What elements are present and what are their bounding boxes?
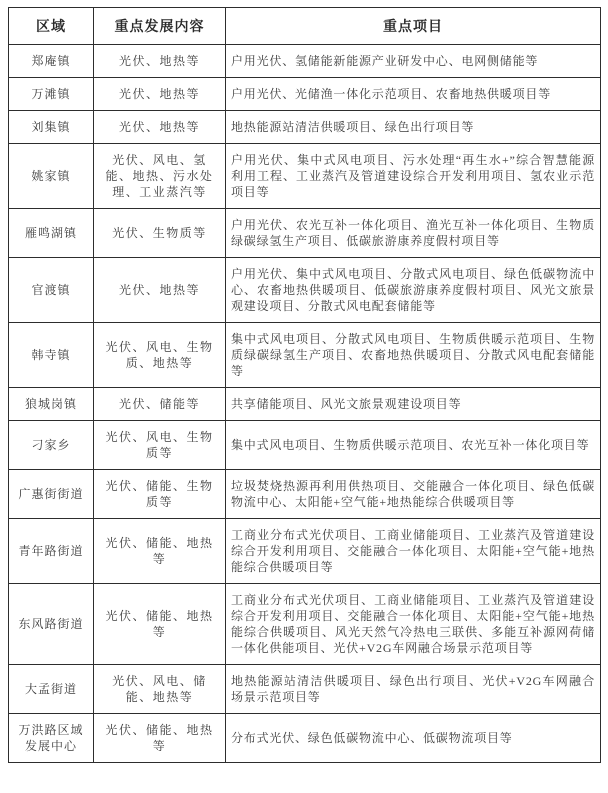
development-content-cell: 光伏、风电、储能、地热等 [94, 665, 226, 714]
key-projects-table: 区域 重点发展内容 重点项目 郑庵镇 光伏、地热等 户用光伏、氢储能新能源产业研… [8, 7, 601, 763]
table-row: 狼城岗镇 光伏、储能等 共享储能项目、风光文旅景观建设项目等 [9, 388, 601, 421]
table-row: 广惠街街道 光伏、储能、生物质等 垃圾焚烧热源再利用供热项目、交能融合一体化项目… [9, 470, 601, 519]
table-row: 大孟街道 光伏、风电、储能、地热等 地热能源站清洁供暖项目、绿色出行项目、光伏+… [9, 665, 601, 714]
table-row: 万洪路区域发展中心 光伏、储能、地热等 分布式光伏、绿色低碳物流中心、低碳物流项… [9, 714, 601, 763]
projects-cell: 户用光伏、农光互补一体化项目、渔光互补一体化项目、生物质绿碳绿氢生产项目、低碳旅… [226, 209, 601, 258]
table-body: 郑庵镇 光伏、地热等 户用光伏、氢储能新能源产业研发中心、电网侧储能等 万滩镇 … [9, 45, 601, 763]
development-content-cell: 光伏、风电、生物质、地热等 [94, 323, 226, 388]
header-key-projects: 重点项目 [226, 8, 601, 45]
development-content-cell: 光伏、地热等 [94, 78, 226, 111]
header-development-content: 重点发展内容 [94, 8, 226, 45]
projects-cell: 集中式风电项目、分散式风电项目、生物质供暖示范项目、生物质绿碳绿氢生产项目、农畜… [226, 323, 601, 388]
table-row: 东风路街道 光伏、储能、地热等 工商业分布式光伏项目、工商业储能项目、工业蒸汽及… [9, 584, 601, 665]
table-row: 万滩镇 光伏、地热等 户用光伏、光储渔一体化示范项目、农畜地热供暖项目等 [9, 78, 601, 111]
development-content-cell: 光伏、储能、地热等 [94, 584, 226, 665]
development-content-cell: 光伏、地热等 [94, 111, 226, 144]
projects-cell: 户用光伏、光储渔一体化示范项目、农畜地热供暖项目等 [226, 78, 601, 111]
projects-cell: 地热能源站清洁供暖项目、绿色出行项目等 [226, 111, 601, 144]
table-row: 雁鸣湖镇 光伏、生物质等 户用光伏、农光互补一体化项目、渔光互补一体化项目、生物… [9, 209, 601, 258]
projects-cell: 户用光伏、集中式风电项目、污水处理“再生水+”综合智慧能源利用工程、工业蒸汽及管… [226, 144, 601, 209]
region-cell: 万洪路区域发展中心 [9, 714, 94, 763]
development-content-cell: 光伏、生物质等 [94, 209, 226, 258]
region-cell: 狼城岗镇 [9, 388, 94, 421]
projects-cell: 垃圾焚烧热源再利用供热项目、交能融合一体化项目、绿色低碳物流中心、太阳能+空气能… [226, 470, 601, 519]
projects-cell: 集中式风电项目、生物质供暖示范项目、农光互补一体化项目等 [226, 421, 601, 470]
region-cell: 东风路街道 [9, 584, 94, 665]
table-row: 刘集镇 光伏、地热等 地热能源站清洁供暖项目、绿色出行项目等 [9, 111, 601, 144]
header-region: 区域 [9, 8, 94, 45]
development-content-cell: 光伏、地热等 [94, 258, 226, 323]
table-row: 官渡镇 光伏、地热等 户用光伏、集中式风电项目、分散式风电项目、绿色低碳物流中心… [9, 258, 601, 323]
table-row: 郑庵镇 光伏、地热等 户用光伏、氢储能新能源产业研发中心、电网侧储能等 [9, 45, 601, 78]
development-content-cell: 光伏、风电、生物质等 [94, 421, 226, 470]
projects-cell: 共享储能项目、风光文旅景观建设项目等 [226, 388, 601, 421]
projects-cell: 工商业分布式光伏项目、工商业储能项目、工业蒸汽及管道建设综合开发利用项目、交能融… [226, 584, 601, 665]
header-row: 区域 重点发展内容 重点项目 [9, 8, 601, 45]
region-cell: 刁家乡 [9, 421, 94, 470]
region-cell: 万滩镇 [9, 78, 94, 111]
region-cell: 韩寺镇 [9, 323, 94, 388]
projects-cell: 地热能源站清洁供暖项目、绿色出行项目、光伏+V2G车网融合场景示范项目等 [226, 665, 601, 714]
development-content-cell: 光伏、地热等 [94, 45, 226, 78]
region-cell: 姚家镇 [9, 144, 94, 209]
projects-cell: 工商业分布式光伏项目、工商业储能项目、工业蒸汽及管道建设综合开发利用项目、交能融… [226, 519, 601, 584]
region-cell: 青年路街道 [9, 519, 94, 584]
region-cell: 广惠街街道 [9, 470, 94, 519]
table-row: 刁家乡 光伏、风电、生物质等 集中式风电项目、生物质供暖示范项目、农光互补一体化… [9, 421, 601, 470]
development-content-cell: 光伏、储能、地热等 [94, 714, 226, 763]
development-content-cell: 光伏、储能、地热等 [94, 519, 226, 584]
table-row: 姚家镇 光伏、风电、氢能、地热、污水处理、工业蒸汽等 户用光伏、集中式风电项目、… [9, 144, 601, 209]
development-content-cell: 光伏、风电、氢能、地热、污水处理、工业蒸汽等 [94, 144, 226, 209]
region-cell: 刘集镇 [9, 111, 94, 144]
region-cell: 大孟街道 [9, 665, 94, 714]
projects-cell: 户用光伏、氢储能新能源产业研发中心、电网侧储能等 [226, 45, 601, 78]
projects-cell: 户用光伏、集中式风电项目、分散式风电项目、绿色低碳物流中心、农畜地热供暖项目、低… [226, 258, 601, 323]
document-page: 区域 重点发展内容 重点项目 郑庵镇 光伏、地热等 户用光伏、氢储能新能源产业研… [0, 0, 608, 793]
development-content-cell: 光伏、储能、生物质等 [94, 470, 226, 519]
table-row: 青年路街道 光伏、储能、地热等 工商业分布式光伏项目、工商业储能项目、工业蒸汽及… [9, 519, 601, 584]
region-cell: 官渡镇 [9, 258, 94, 323]
development-content-cell: 光伏、储能等 [94, 388, 226, 421]
projects-cell: 分布式光伏、绿色低碳物流中心、低碳物流项目等 [226, 714, 601, 763]
region-cell: 郑庵镇 [9, 45, 94, 78]
region-cell: 雁鸣湖镇 [9, 209, 94, 258]
table-row: 韩寺镇 光伏、风电、生物质、地热等 集中式风电项目、分散式风电项目、生物质供暖示… [9, 323, 601, 388]
